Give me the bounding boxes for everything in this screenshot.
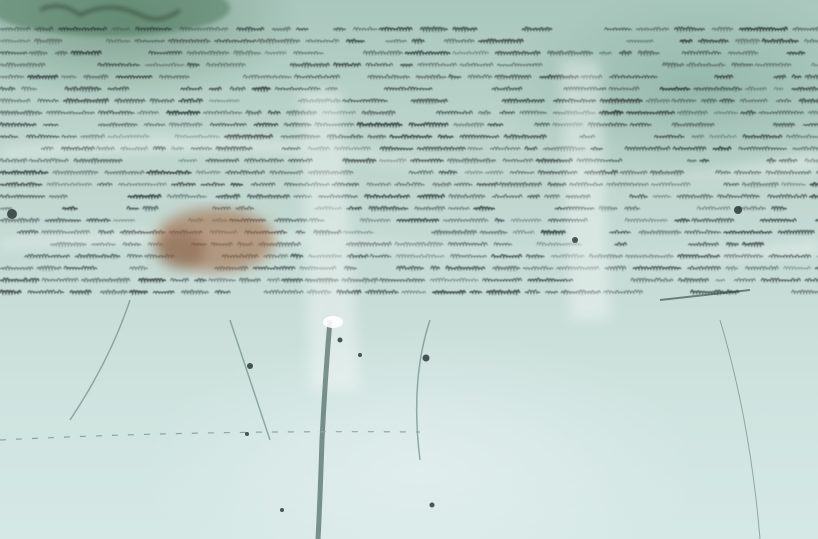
fold-creases — [0, 290, 760, 539]
parchment-photo: Photograph of a medieval parchment chart… — [0, 0, 818, 539]
parchment-artwork — [0, 0, 818, 539]
wrinkle-shading — [0, 60, 818, 390]
brown-stain — [155, 208, 275, 272]
ink-spots — [7, 206, 742, 512]
white-spot — [323, 316, 343, 328]
